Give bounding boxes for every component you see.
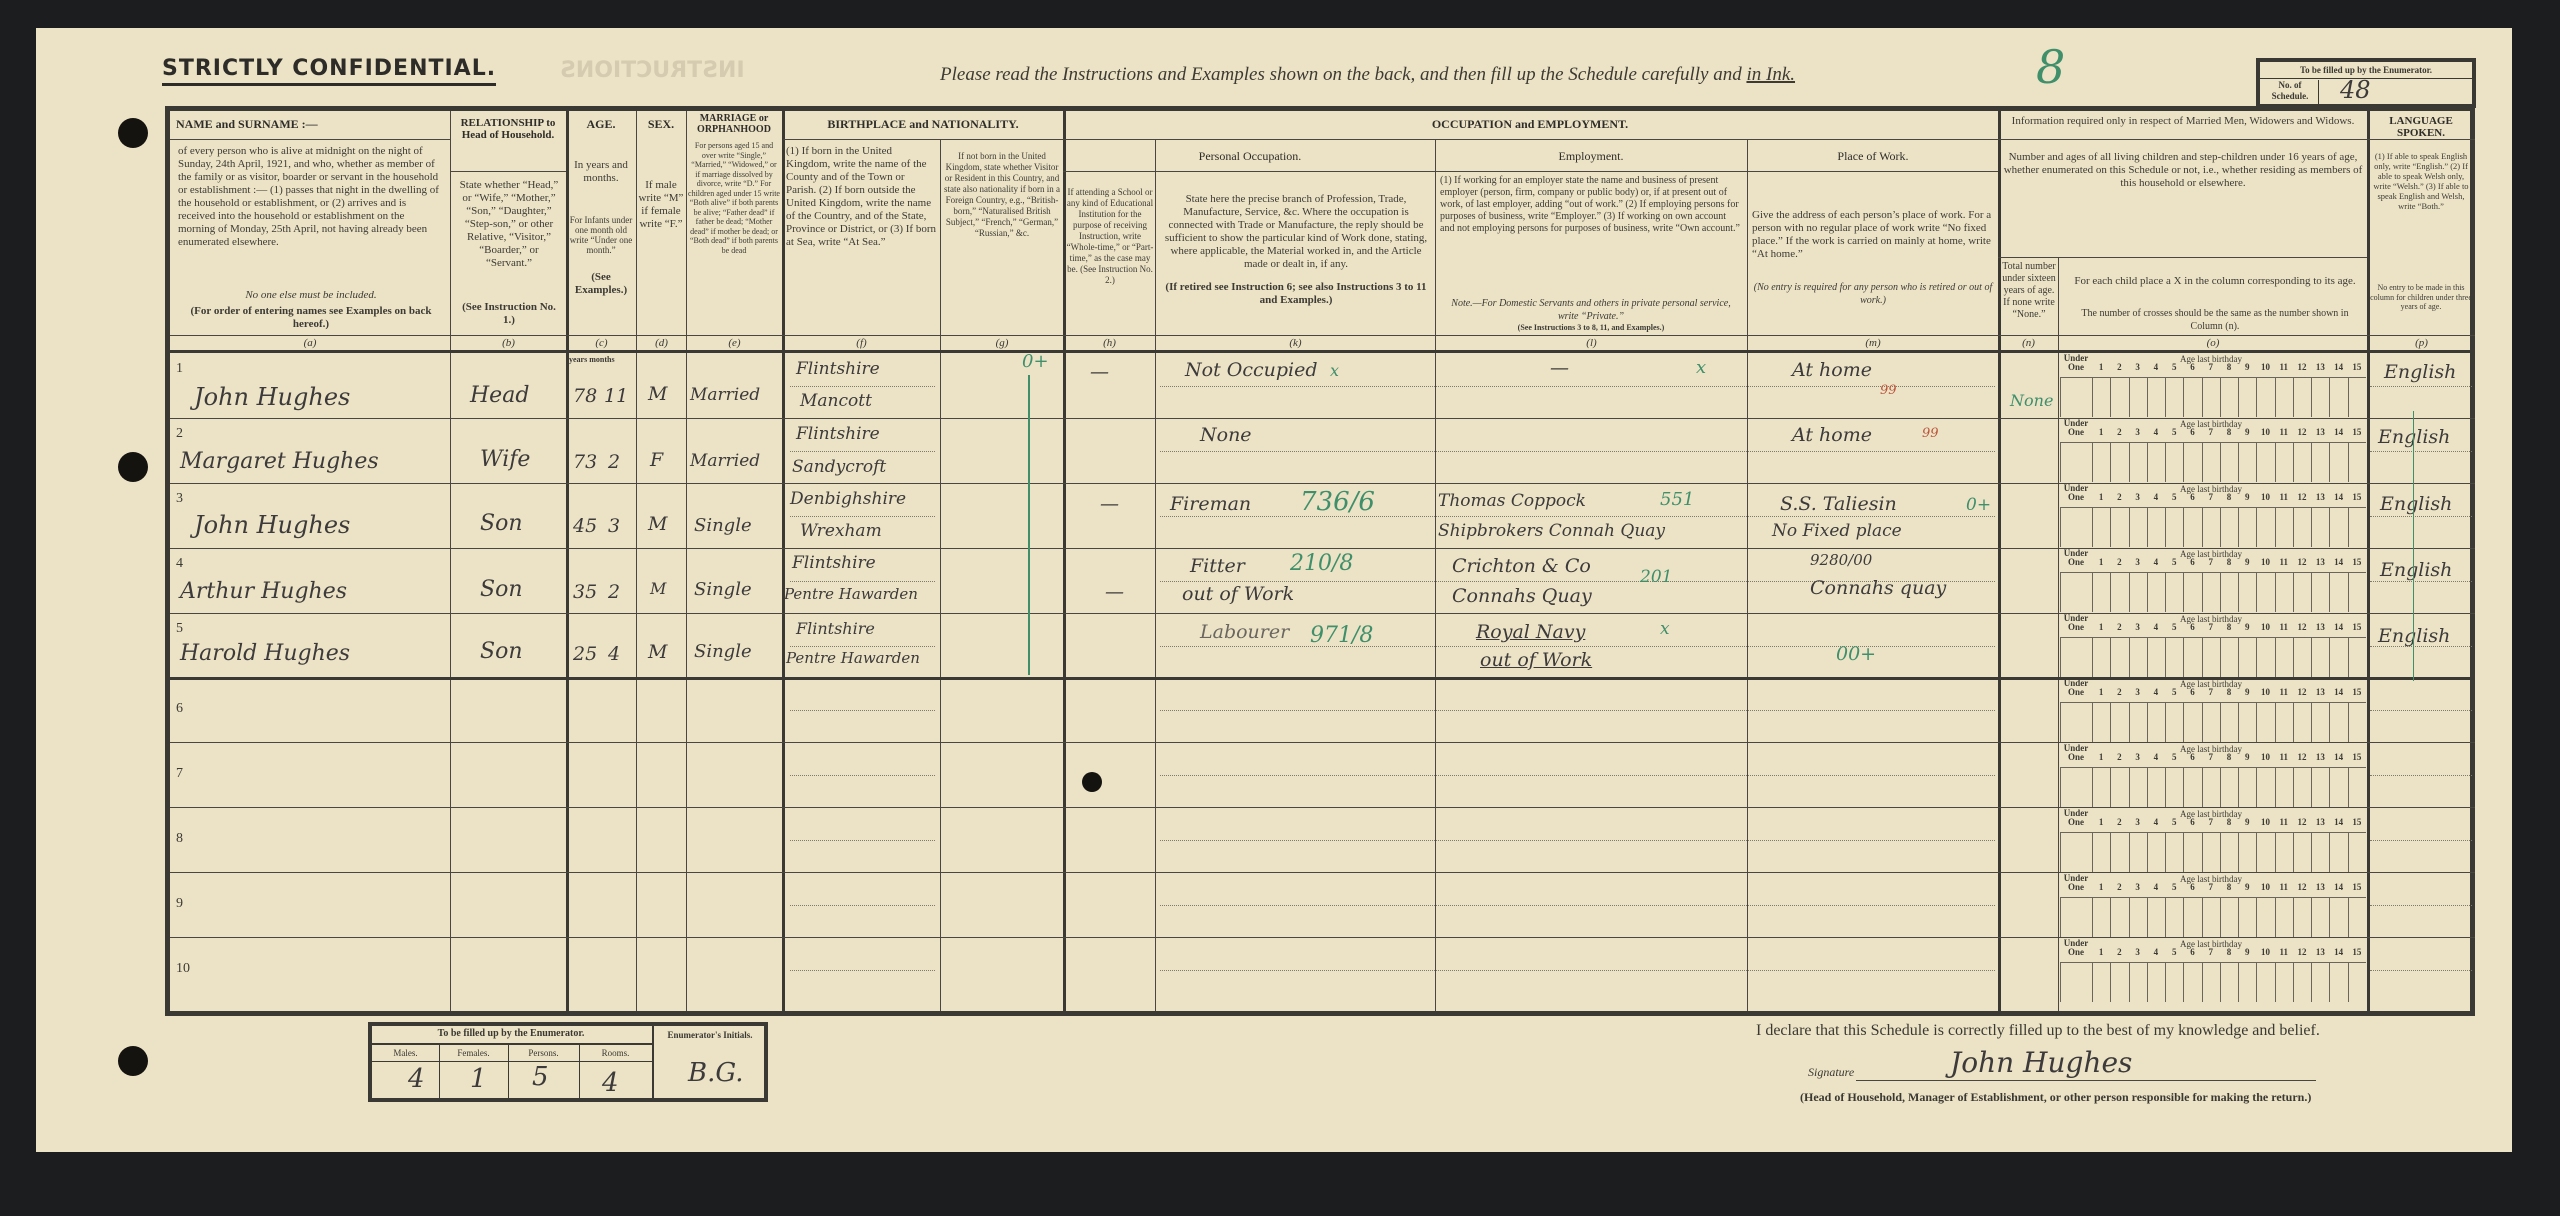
age-checkbox-cell[interactable] xyxy=(2311,702,2329,742)
age-column-label: 6 xyxy=(2183,428,2201,437)
persons-count: 5 xyxy=(532,1062,549,1092)
age-checkbox-cell[interactable] xyxy=(2348,962,2366,1002)
birthplace-county: Flintshire xyxy=(796,359,880,379)
col-letter-f: (f) xyxy=(783,337,940,349)
age-column-label: Under One xyxy=(2060,874,2092,892)
age-column-label: 2 xyxy=(2110,753,2128,762)
age-checkbox-cell[interactable] xyxy=(2329,507,2347,547)
age-checkbox-cell[interactable] xyxy=(2275,572,2293,612)
age-column-label: 6 xyxy=(2183,688,2201,697)
education: — xyxy=(1090,361,1109,383)
age-checkbox-cell[interactable] xyxy=(2129,897,2147,937)
age-column-label: 2 xyxy=(2110,818,2128,827)
age-checkbox-cell[interactable] xyxy=(2256,377,2274,417)
divider xyxy=(372,1061,652,1062)
age-checkbox-cell[interactable] xyxy=(2165,897,2183,937)
age-checkbox-cell[interactable] xyxy=(2202,637,2220,677)
age-checkbox-cell[interactable] xyxy=(2256,507,2274,547)
age-column-label: 3 xyxy=(2129,493,2147,502)
col-letter-b: (b) xyxy=(451,337,566,349)
tally-line xyxy=(2413,411,2414,681)
age-column-label: 5 xyxy=(2165,428,2183,437)
age-months: 4 xyxy=(608,643,620,665)
employment-line-2: out of Work xyxy=(1480,649,1592,671)
age-checkbox-cell[interactable] xyxy=(2311,442,2329,482)
age-checkbox-cell[interactable] xyxy=(2256,897,2274,937)
age-checkbox-cell[interactable] xyxy=(2110,962,2128,1002)
age-checkbox-cell[interactable] xyxy=(2238,962,2256,1002)
age-checkbox-cell[interactable] xyxy=(2238,767,2256,807)
age-checkbox-cell[interactable] xyxy=(2220,637,2238,677)
age-checkbox-cell[interactable] xyxy=(2165,507,2183,547)
age-checkbox-cell[interactable] xyxy=(2165,637,2183,677)
age-column-label: 13 xyxy=(2311,558,2329,567)
age-checkbox-cell[interactable] xyxy=(2238,702,2256,742)
age-checkbox-cell[interactable] xyxy=(2220,702,2238,742)
age-checkbox-cell[interactable] xyxy=(2092,442,2110,482)
sex: M xyxy=(648,513,667,535)
mid-line xyxy=(1160,905,1995,906)
age-column-label: Under One xyxy=(2060,484,2092,502)
children-group-title: Information required only in respect of … xyxy=(2000,115,2366,128)
age-checkbox-cell[interactable] xyxy=(2275,767,2293,807)
age-checkbox-cell[interactable] xyxy=(2183,572,2201,612)
age-checkbox-cell[interactable] xyxy=(2256,702,2274,742)
row-divider xyxy=(170,742,2475,743)
age-checkbox-cell[interactable] xyxy=(2348,637,2366,677)
age-checkbox-cell[interactable] xyxy=(2060,377,2092,417)
mid-line xyxy=(790,775,935,776)
age-checkbox-cell[interactable] xyxy=(2092,507,2110,547)
age-checkbox-cell[interactable] xyxy=(2348,442,2366,482)
age-checkbox-cell[interactable] xyxy=(2165,767,2183,807)
age-checkbox-cell[interactable] xyxy=(2256,442,2274,482)
age-column-label: 10 xyxy=(2256,363,2274,372)
age-checkbox-cell[interactable] xyxy=(2183,377,2201,417)
mid-line xyxy=(790,970,935,971)
age-column-label: 15 xyxy=(2348,753,2366,762)
age-checkbox-cell[interactable] xyxy=(2110,442,2128,482)
col-divider xyxy=(2367,111,2370,1011)
age-checkbox-cell[interactable] xyxy=(2348,377,2366,417)
col-divider xyxy=(636,111,637,1011)
age-checkbox-cell[interactable] xyxy=(2060,442,2092,482)
age-column-label: 1 xyxy=(2092,558,2110,567)
age-column-label: 11 xyxy=(2275,688,2293,697)
age-checkbox-cell[interactable] xyxy=(2275,702,2293,742)
age-checkbox-cell[interactable] xyxy=(2202,897,2220,937)
age-checkbox-cell[interactable] xyxy=(2329,442,2347,482)
age-column-label: 1 xyxy=(2092,493,2110,502)
age-checkbox-cell[interactable] xyxy=(2329,377,2347,417)
age-column-label: 5 xyxy=(2165,363,2183,372)
col-e-body: For persons aged 15 and over write “Sing… xyxy=(688,141,780,255)
age-checkbox-cell[interactable] xyxy=(2129,507,2147,547)
age-checkbox-cell[interactable] xyxy=(2183,442,2201,482)
schedule-number-label: No. of Schedule. xyxy=(2262,80,2319,104)
age-checkbox-cell[interactable] xyxy=(2110,702,2128,742)
birthplace-county: Flintshire xyxy=(796,619,875,638)
place-of-work-line-1: At home xyxy=(1792,424,1872,446)
age-checkbox-cell[interactable] xyxy=(2256,637,2274,677)
tally-mark: 0+ xyxy=(1022,351,1049,372)
col-c-note: For Infants under one month old write “U… xyxy=(568,215,634,255)
age-checkbox-cell[interactable] xyxy=(2238,377,2256,417)
age-column-label: 13 xyxy=(2311,623,2329,632)
age-checkbox-cell[interactable] xyxy=(2110,832,2128,872)
age-checkbox-cell[interactable] xyxy=(2329,637,2347,677)
age-column-label: 15 xyxy=(2348,558,2366,567)
age-checkbox-cell[interactable] xyxy=(2165,572,2183,612)
age-checkbox-cell[interactable] xyxy=(2293,832,2311,872)
age-checkbox-cell[interactable] xyxy=(2238,832,2256,872)
age-checkbox-cell[interactable] xyxy=(2129,767,2147,807)
age-checkbox-cell[interactable] xyxy=(2165,377,2183,417)
age-checkbox-cell[interactable] xyxy=(2110,572,2128,612)
age-checkbox-cell[interactable] xyxy=(2165,442,2183,482)
age-column-label: Under One xyxy=(2060,614,2092,632)
age-checkbox-cell[interactable] xyxy=(2092,832,2110,872)
age-checkbox-cell[interactable] xyxy=(2311,897,2329,937)
age-column-label: 9 xyxy=(2238,623,2256,632)
place-code: 0+ xyxy=(1966,495,1991,515)
age-checkbox-cell[interactable] xyxy=(2060,507,2092,547)
birthplace-county: Flintshire xyxy=(796,424,880,444)
age-checkbox-cell[interactable] xyxy=(2275,832,2293,872)
age-column-label: 12 xyxy=(2293,428,2311,437)
age-checkbox-cell[interactable] xyxy=(2202,832,2220,872)
employment-code: 551 xyxy=(1660,489,1694,510)
age-column-label: 11 xyxy=(2275,363,2293,372)
age-column-label: 5 xyxy=(2165,688,2183,697)
age-checkbox-cell[interactable] xyxy=(2311,377,2329,417)
age-column-label: 12 xyxy=(2293,558,2311,567)
row-number: 3 xyxy=(176,491,183,507)
age-checkbox-cell[interactable] xyxy=(2311,962,2329,1002)
marriage-status: Married xyxy=(690,385,760,405)
age-checkbox-cell[interactable] xyxy=(2293,377,2311,417)
folio-mark: 8 xyxy=(2036,40,2065,94)
age-checkbox-cell[interactable] xyxy=(2183,702,2201,742)
age-checkbox-cell[interactable] xyxy=(2329,767,2347,807)
age-column-label: 6 xyxy=(2183,623,2201,632)
age-checkbox-cell[interactable] xyxy=(2092,767,2110,807)
age-column-label: 14 xyxy=(2329,753,2347,762)
age-column-label: Under One xyxy=(2060,549,2092,567)
age-checkbox-cell[interactable] xyxy=(2348,832,2366,872)
col-l-title: Employment. xyxy=(1436,149,1746,164)
females-label: Females. xyxy=(439,1048,508,1058)
age-checkbox-cell[interactable] xyxy=(2256,767,2274,807)
row-divider xyxy=(170,807,2475,808)
age-checkbox-cell[interactable] xyxy=(2275,897,2293,937)
age-checkbox-cell[interactable] xyxy=(2202,767,2220,807)
age-column-label: Under One xyxy=(2060,939,2092,957)
age-column-label: 3 xyxy=(2129,688,2147,697)
age-checkbox-cell[interactable] xyxy=(2060,832,2092,872)
age-column-label: 14 xyxy=(2329,493,2347,502)
age-checkbox-cell[interactable] xyxy=(2147,767,2165,807)
age-checkbox-cell[interactable] xyxy=(2110,637,2128,677)
col-l-note: Note.—For Domestic Servants and others i… xyxy=(1440,297,1742,323)
age-checkbox-cell[interactable] xyxy=(2275,377,2293,417)
age-checkbox-cell[interactable] xyxy=(2256,962,2274,1002)
occupation-code: 210/8 xyxy=(1290,551,1353,576)
age-checkbox-cell[interactable] xyxy=(2275,637,2293,677)
birthplace-town: Wrexham xyxy=(800,521,882,541)
col-f-body: (1) If born in the United Kingdom, write… xyxy=(786,145,936,249)
age-checkbox-cell[interactable] xyxy=(2348,507,2366,547)
age-checkbox-cell[interactable] xyxy=(2329,832,2347,872)
age-checkbox-cell[interactable] xyxy=(2110,767,2128,807)
age-column-label: 6 xyxy=(2183,493,2201,502)
age-column-label: 1 xyxy=(2092,818,2110,827)
age-column-label: 9 xyxy=(2238,363,2256,372)
col-o-note: The number of crosses should be the same… xyxy=(2070,307,2360,333)
col-e-title: MARRIAGE or ORPHANHOOD xyxy=(688,113,780,135)
declaration-text: I declare that this Schedule is correctl… xyxy=(1756,1022,2320,1040)
age-checkbox-cell[interactable] xyxy=(2293,637,2311,677)
age-column-label: 6 xyxy=(2183,948,2201,957)
age-checkbox-cell[interactable] xyxy=(2092,897,2110,937)
age-checkbox-cell[interactable] xyxy=(2275,507,2293,547)
age-checkbox-cell[interactable] xyxy=(2165,962,2183,1002)
age-checkbox-cell[interactable] xyxy=(2256,572,2274,612)
children-group-body: Number and ages of all living children a… xyxy=(2002,151,2364,190)
age-checkbox-cell[interactable] xyxy=(2147,897,2165,937)
age-checkbox-cell[interactable] xyxy=(2311,507,2329,547)
age-checkbox-cell[interactable] xyxy=(2183,962,2201,1002)
place-of-work-line-2: Connahs quay xyxy=(1810,577,1946,599)
age-column-label: 1 xyxy=(2092,428,2110,437)
age-column-label: 12 xyxy=(2293,818,2311,827)
age-column-label: 11 xyxy=(2275,623,2293,632)
age-checkbox-cell[interactable] xyxy=(2092,702,2110,742)
age-checkbox-cell[interactable] xyxy=(2220,442,2238,482)
age-checkbox-cell[interactable] xyxy=(2129,637,2147,677)
ghost-showthrough-text: INSTRUCTIONS xyxy=(560,58,745,83)
age-column-label: 10 xyxy=(2256,818,2274,827)
age-checkbox-cell[interactable] xyxy=(2060,702,2092,742)
col-letter-n: (n) xyxy=(1999,337,2058,349)
birthplace-town: Sandycroft xyxy=(792,457,886,477)
age-checkbox-cell[interactable] xyxy=(2060,897,2092,937)
age-checkbox-cell[interactable] xyxy=(2202,962,2220,1002)
age-checkbox-cell[interactable] xyxy=(2220,832,2238,872)
age-checkbox-cell[interactable] xyxy=(2238,507,2256,547)
age-checkbox-cell[interactable] xyxy=(2329,962,2347,1002)
age-checkbox-cell[interactable] xyxy=(2129,442,2147,482)
birthplace-group-title: BIRTHPLACE and NATIONALITY. xyxy=(783,117,1063,132)
age-column-label: 1 xyxy=(2092,688,2110,697)
age-column-label: 3 xyxy=(2129,363,2147,372)
place-of-work-line-1: 9280/00 xyxy=(1810,551,1872,569)
age-checkbox-cell[interactable] xyxy=(2183,832,2201,872)
age-checkbox-cell[interactable] xyxy=(2238,572,2256,612)
age-column-label: 6 xyxy=(2183,558,2201,567)
col-d-title: SEX. xyxy=(638,117,684,132)
col-divider xyxy=(940,139,941,1011)
age-column-label: 9 xyxy=(2238,493,2256,502)
birthplace-town: Mancott xyxy=(800,391,872,411)
col-letter-p: (p) xyxy=(2368,337,2475,349)
occupation: Not Occupied xyxy=(1185,359,1317,381)
age-checkbox-cell[interactable] xyxy=(2147,962,2165,1002)
age-checkbox-cell[interactable] xyxy=(2092,377,2110,417)
age-checkbox-cell[interactable] xyxy=(2202,442,2220,482)
age-checkbox-cell[interactable] xyxy=(2311,637,2329,677)
age-column-label: 5 xyxy=(2165,558,2183,567)
age-checkbox-cell[interactable] xyxy=(2147,832,2165,872)
row-number: 6 xyxy=(176,701,183,717)
age-checkbox-cell[interactable] xyxy=(2183,767,2201,807)
age-checkbox-cell[interactable] xyxy=(2129,832,2147,872)
sex: M xyxy=(650,579,666,598)
age-checkbox-cell[interactable] xyxy=(2329,897,2347,937)
age-checkbox-cell[interactable] xyxy=(2293,507,2311,547)
age-checkbox-cell[interactable] xyxy=(2202,572,2220,612)
age-checkbox-cell[interactable] xyxy=(2147,572,2165,612)
age-checkbox-cell[interactable] xyxy=(2238,897,2256,937)
col-divider xyxy=(1435,139,1436,1011)
age-years: 73 xyxy=(573,451,597,473)
col-a-footer: (For order of entering names see Example… xyxy=(178,305,444,331)
age-checkbox-cell[interactable] xyxy=(2147,702,2165,742)
age-checkbox-cell[interactable] xyxy=(2348,702,2366,742)
age-checkbox-cell[interactable] xyxy=(2202,702,2220,742)
age-checkbox-cell[interactable] xyxy=(2220,377,2238,417)
divider xyxy=(372,1043,652,1045)
place-code: 99 xyxy=(1922,426,1939,441)
age-column-label: 1 xyxy=(2092,623,2110,632)
age-checkbox-cell[interactable] xyxy=(2293,702,2311,742)
col-c-body: In years and months. xyxy=(570,159,632,185)
age-checkbox-cell[interactable] xyxy=(2348,897,2366,937)
age-checkbox-cell[interactable] xyxy=(2293,897,2311,937)
age-checkbox-cell[interactable] xyxy=(2220,572,2238,612)
enumerator-box-title: To be filled up by the Enumerator. xyxy=(372,1028,650,1039)
mid-line xyxy=(790,840,935,841)
age-checkbox-cell[interactable] xyxy=(2129,572,2147,612)
person-name: Harold Hughes xyxy=(180,641,350,666)
age-column-label: 3 xyxy=(2129,753,2147,762)
age-checkbox-cell[interactable] xyxy=(2165,832,2183,872)
age-checkbox-cell[interactable] xyxy=(2110,377,2128,417)
relationship: Son xyxy=(480,639,523,664)
age-checkbox-cell[interactable] xyxy=(2129,377,2147,417)
age-checkbox-cell[interactable] xyxy=(2311,572,2329,612)
col-p-title: LANGUAGE SPOKEN. xyxy=(2369,115,2473,139)
age-checkbox-cell[interactable] xyxy=(2311,767,2329,807)
row-number: 10 xyxy=(176,961,190,977)
age-checkbox-cell[interactable] xyxy=(2092,572,2110,612)
age-checkbox-cell[interactable] xyxy=(2183,507,2201,547)
age-checkbox-cell[interactable] xyxy=(2293,767,2311,807)
age-checkbox-cell[interactable] xyxy=(2311,832,2329,872)
age-checkbox-cell[interactable] xyxy=(2329,702,2347,742)
age-column-label: 13 xyxy=(2311,948,2329,957)
age-column-label: 10 xyxy=(2256,883,2274,892)
age-checkbox-cell[interactable] xyxy=(2202,377,2220,417)
age-checkbox-cell[interactable] xyxy=(2060,637,2092,677)
age-checkbox-cell[interactable] xyxy=(2293,442,2311,482)
age-checkbox-cell[interactable] xyxy=(2238,442,2256,482)
mid-line xyxy=(2370,581,2472,582)
age-column-label: Under One xyxy=(2060,679,2092,697)
age-checkbox-cell[interactable] xyxy=(2183,897,2201,937)
males-label: Males. xyxy=(372,1048,439,1058)
row-divider xyxy=(170,872,2475,873)
age-checkbox-cell[interactable] xyxy=(2110,507,2128,547)
age-checkbox-cell[interactable] xyxy=(2092,962,2110,1002)
age-checkbox-cell[interactable] xyxy=(2293,962,2311,1002)
age-checkbox-cell[interactable] xyxy=(2129,962,2147,1002)
age-checkbox-cell[interactable] xyxy=(2060,962,2092,1002)
age-checkbox-cell[interactable] xyxy=(2220,897,2238,937)
header-bottom-rule xyxy=(170,350,2475,353)
age-checkbox-cell[interactable] xyxy=(2256,832,2274,872)
language: English xyxy=(2378,625,2450,647)
relationship: Wife xyxy=(480,447,530,472)
age-column-label: 13 xyxy=(2311,818,2329,827)
age-column-label: 14 xyxy=(2329,818,2347,827)
age-checkbox-cell[interactable] xyxy=(2275,442,2293,482)
age-checkbox-cell[interactable] xyxy=(2147,377,2165,417)
age-checkbox-cell[interactable] xyxy=(2060,767,2092,807)
age-checkbox-cell[interactable] xyxy=(2220,962,2238,1002)
age-column-label: 10 xyxy=(2256,493,2274,502)
age-checkbox-cell[interactable] xyxy=(2147,507,2165,547)
age-checkbox-cell[interactable] xyxy=(2293,572,2311,612)
age-checkbox-cell[interactable] xyxy=(2275,962,2293,1002)
age-checkbox-cell[interactable] xyxy=(2220,507,2238,547)
sex: F xyxy=(650,449,663,471)
age-checkbox-cell[interactable] xyxy=(2129,702,2147,742)
age-checkbox-cell[interactable] xyxy=(2238,637,2256,677)
age-column-label: 7 xyxy=(2202,493,2220,502)
age-checkbox-cell[interactable] xyxy=(2348,767,2366,807)
age-column-label: 11 xyxy=(2275,558,2293,567)
age-checkbox-cell[interactable] xyxy=(2147,442,2165,482)
marriage-status: Single xyxy=(694,515,752,536)
col-letter-k: (k) xyxy=(1156,337,1435,349)
row-divider xyxy=(451,171,566,172)
row-divider xyxy=(170,613,2475,614)
mid-line xyxy=(2370,970,2472,971)
age-checkbox-cell[interactable] xyxy=(2092,637,2110,677)
age-column-label: 15 xyxy=(2348,818,2366,827)
age-column-label: 2 xyxy=(2110,688,2128,697)
age-checkbox-cell[interactable] xyxy=(2060,572,2092,612)
age-checkbox-cell[interactable] xyxy=(2110,897,2128,937)
females-count: 1 xyxy=(470,1064,487,1094)
col-letter-h: (h) xyxy=(1064,337,1155,349)
age-checkbox-cell[interactable] xyxy=(2165,702,2183,742)
age-months: 2 xyxy=(608,581,620,603)
age-checkbox-cell[interactable] xyxy=(2183,637,2201,677)
occupation-code: 971/8 xyxy=(1310,623,1373,648)
age-column-label: 10 xyxy=(2256,753,2274,762)
age-checkbox-cell[interactable] xyxy=(2220,767,2238,807)
age-months: 3 xyxy=(608,515,620,537)
age-checkbox-cell[interactable] xyxy=(2329,572,2347,612)
employment-code: 201 xyxy=(1640,567,1672,587)
place-code: 99 xyxy=(1880,383,1897,398)
age-checkbox-cell[interactable] xyxy=(2147,637,2165,677)
age-checkbox-cell[interactable] xyxy=(2348,572,2366,612)
age-checkbox-cell[interactable] xyxy=(2202,507,2220,547)
row-number: 1 xyxy=(176,361,183,377)
